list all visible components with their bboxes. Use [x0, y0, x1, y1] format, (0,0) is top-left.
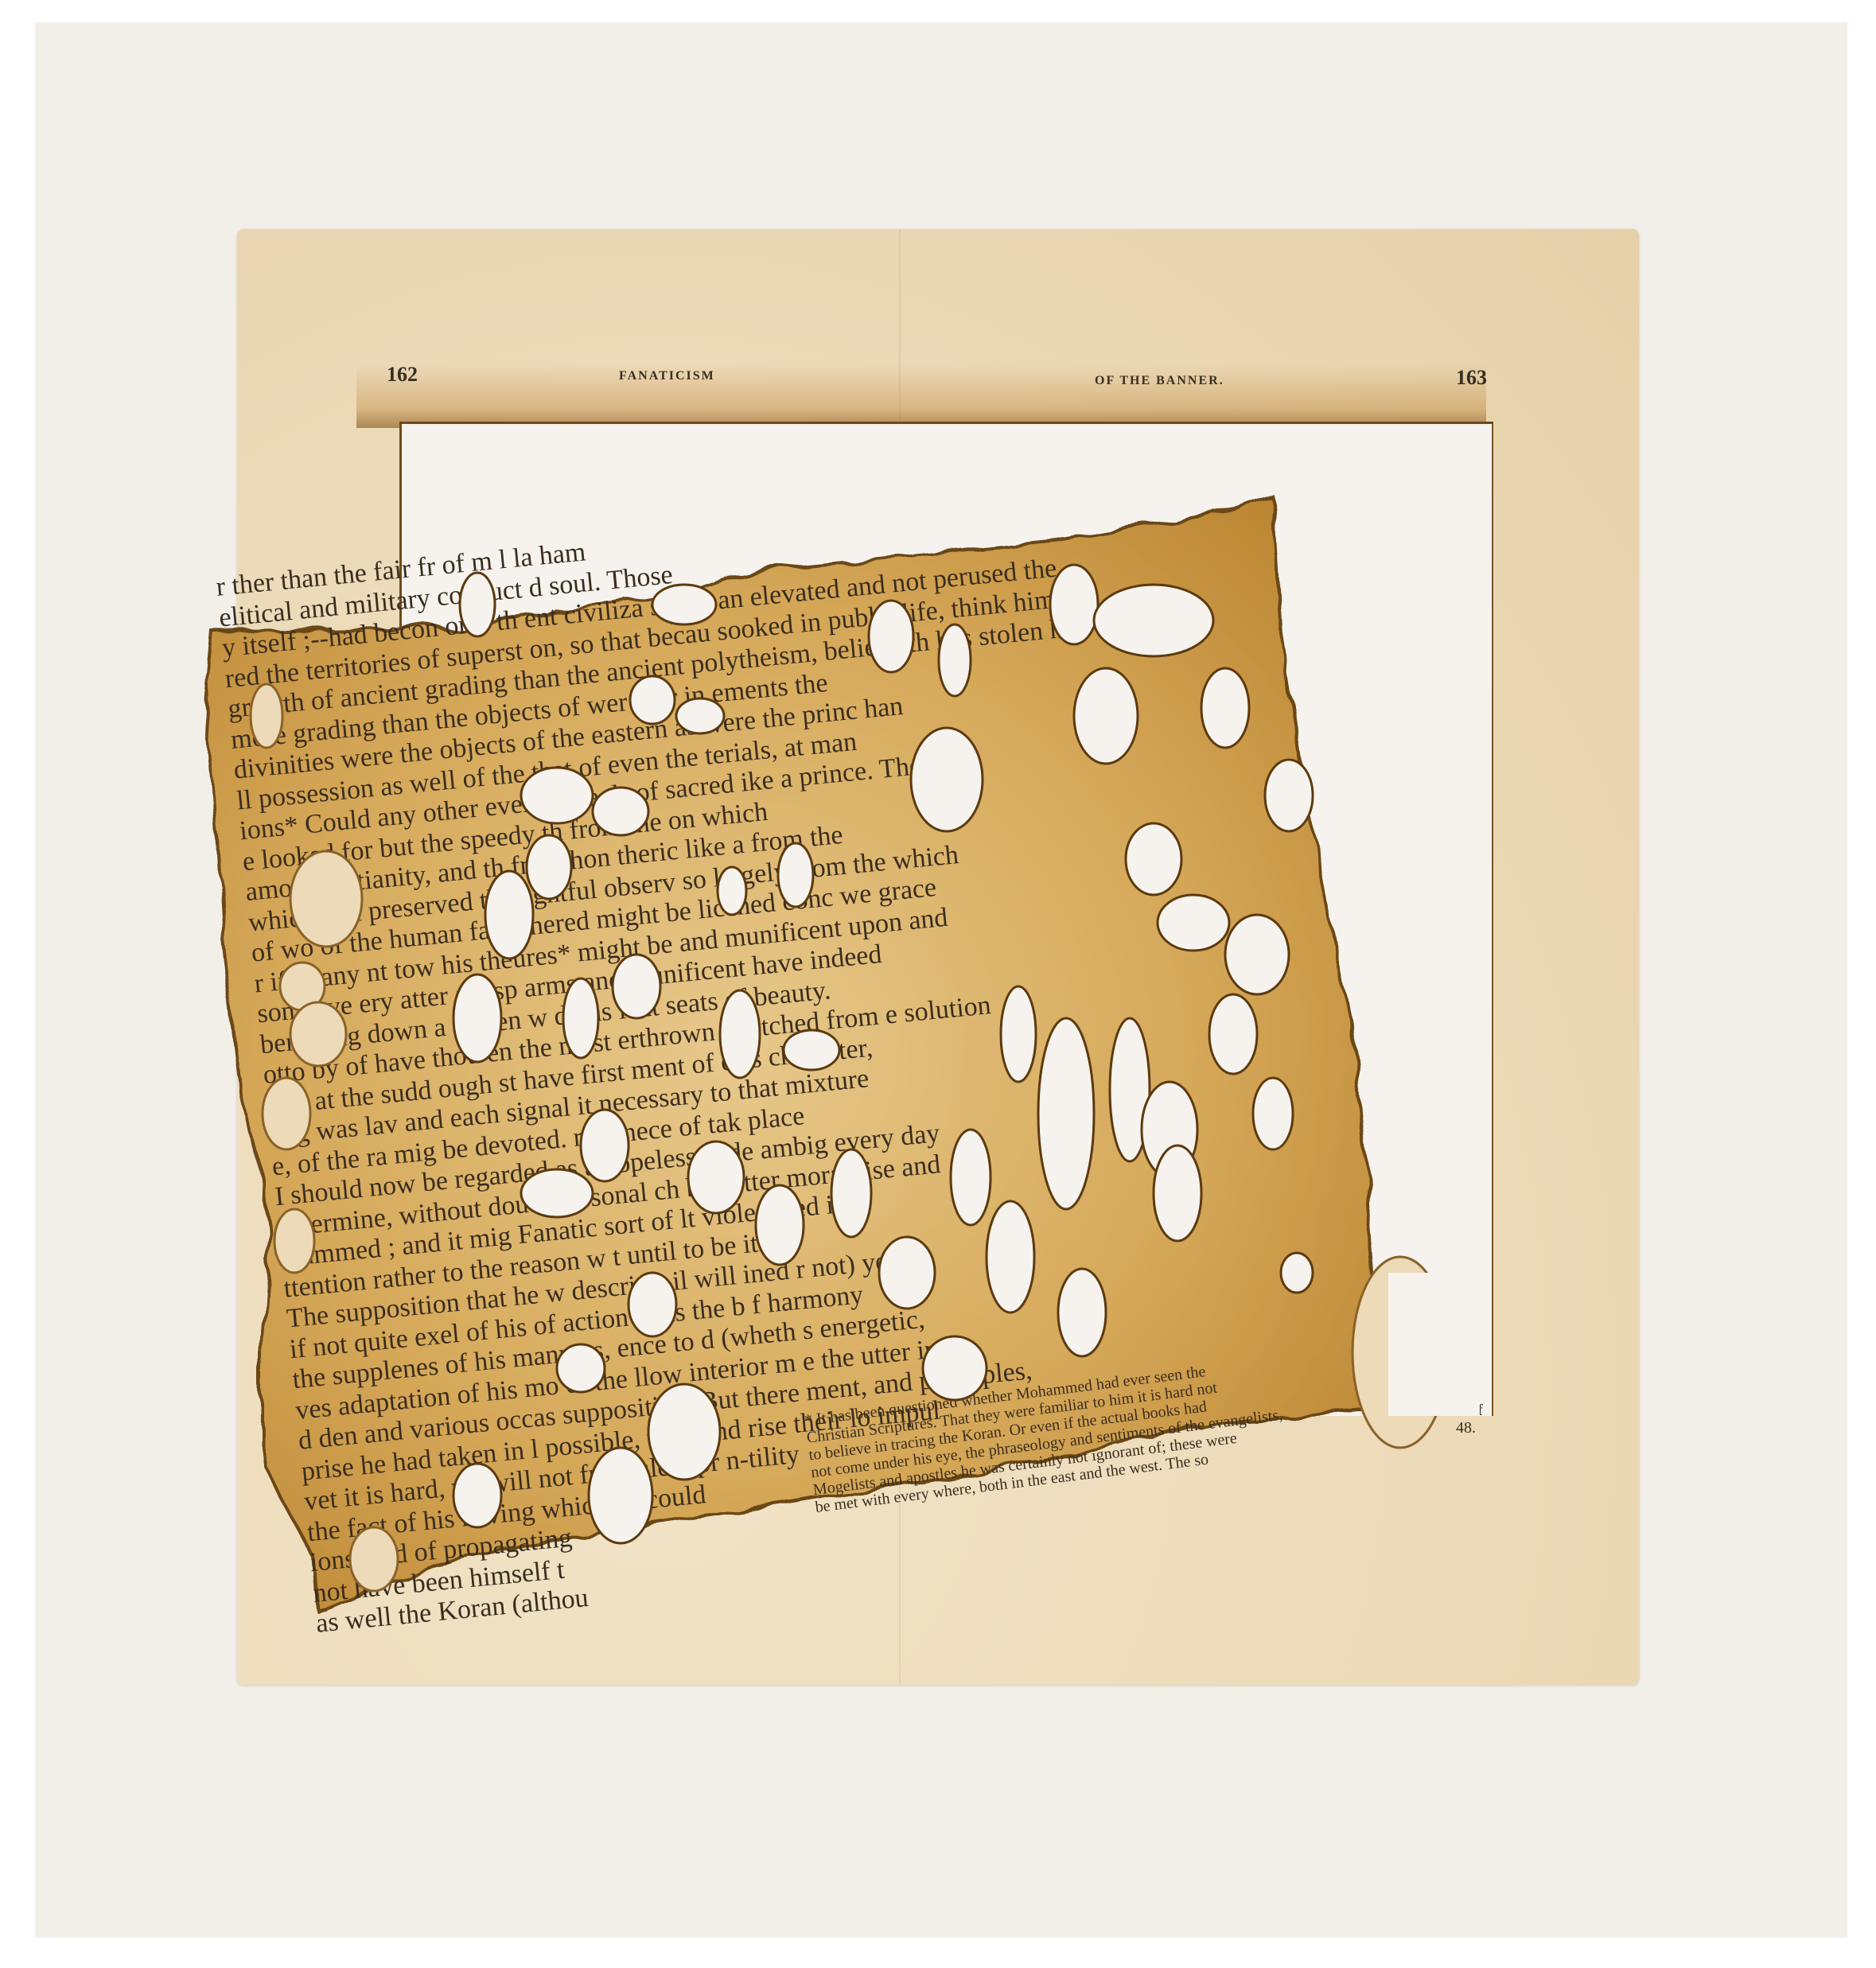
- cut-holes-layer: [0, 0, 1876, 1968]
- window-notch: [1388, 1273, 1480, 1416]
